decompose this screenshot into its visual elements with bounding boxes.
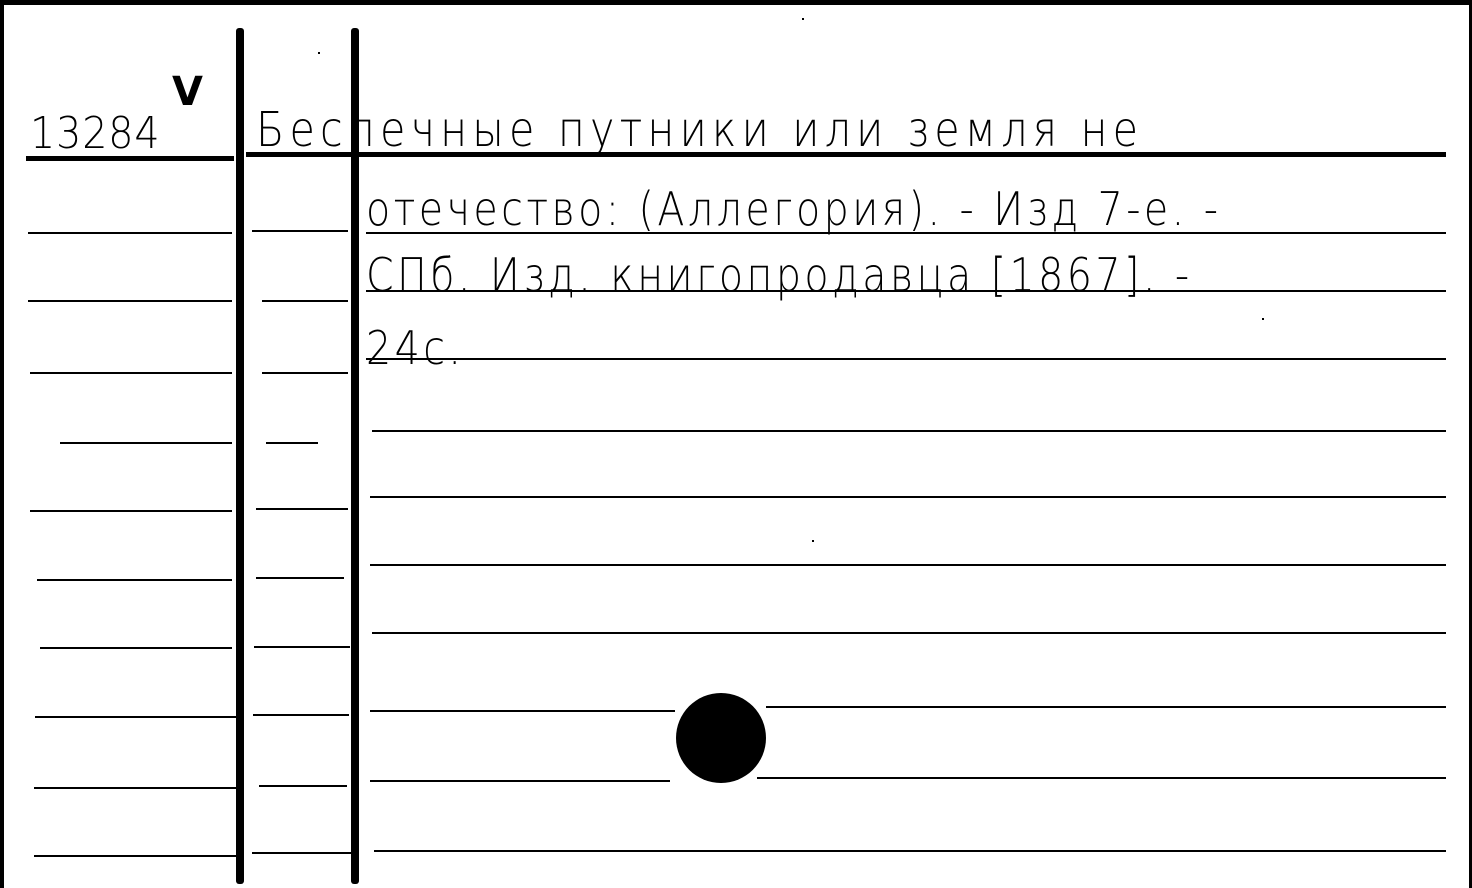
ruled-line xyxy=(30,510,232,512)
ruled-line xyxy=(256,577,344,579)
ruled-line xyxy=(34,855,240,857)
ruled-line xyxy=(370,710,675,712)
ruled-line xyxy=(37,579,232,581)
column-rule-left xyxy=(236,28,244,884)
description-line-1: отечество: (Аллегория). - Изд 7-е. - xyxy=(366,186,1221,232)
title-line: Беспечные путники или земля не xyxy=(256,106,1143,154)
ruled-line xyxy=(370,496,1446,498)
ruled-line xyxy=(766,706,1446,708)
ruled-line xyxy=(252,852,356,854)
scan-speck xyxy=(318,52,320,54)
ruled-line xyxy=(60,442,232,444)
ruled-line xyxy=(370,564,1446,566)
ruled-line xyxy=(30,372,232,374)
ruled-line xyxy=(262,372,348,374)
description-line-3: 24с. xyxy=(366,325,464,371)
scan-speck xyxy=(936,430,938,432)
ruled-line xyxy=(256,508,348,510)
ruled-line xyxy=(253,714,349,716)
description-line-2: СПб. Изд. книгопродавца [1867]. - xyxy=(366,252,1193,298)
ruled-line xyxy=(28,232,232,234)
ruled-line xyxy=(757,777,1446,779)
ruled-line xyxy=(259,785,347,787)
ruled-line xyxy=(372,430,1446,432)
call-number: 13284 xyxy=(30,112,160,156)
ruled-line xyxy=(28,300,232,302)
ruled-line xyxy=(252,230,348,232)
ruled-line xyxy=(254,646,350,648)
ruled-line xyxy=(40,647,232,649)
check-mark: V xyxy=(172,72,206,112)
ruled-line xyxy=(34,787,240,789)
ruled-line xyxy=(374,850,1446,852)
scan-speck xyxy=(802,18,804,20)
ruled-line xyxy=(262,300,348,302)
ruled-line xyxy=(370,780,670,782)
catalog-card: 13284 V Беспечные путники или земля не о… xyxy=(0,0,1472,888)
ruled-line xyxy=(35,716,241,718)
ruled-line xyxy=(266,442,318,444)
ruled-line xyxy=(366,358,1446,360)
scan-speck xyxy=(1262,318,1264,320)
ruled-line xyxy=(372,632,1446,634)
card-left-edge xyxy=(0,0,4,888)
punch-hole xyxy=(676,693,766,783)
scan-speck xyxy=(812,540,814,542)
card-top-edge xyxy=(0,0,1472,5)
